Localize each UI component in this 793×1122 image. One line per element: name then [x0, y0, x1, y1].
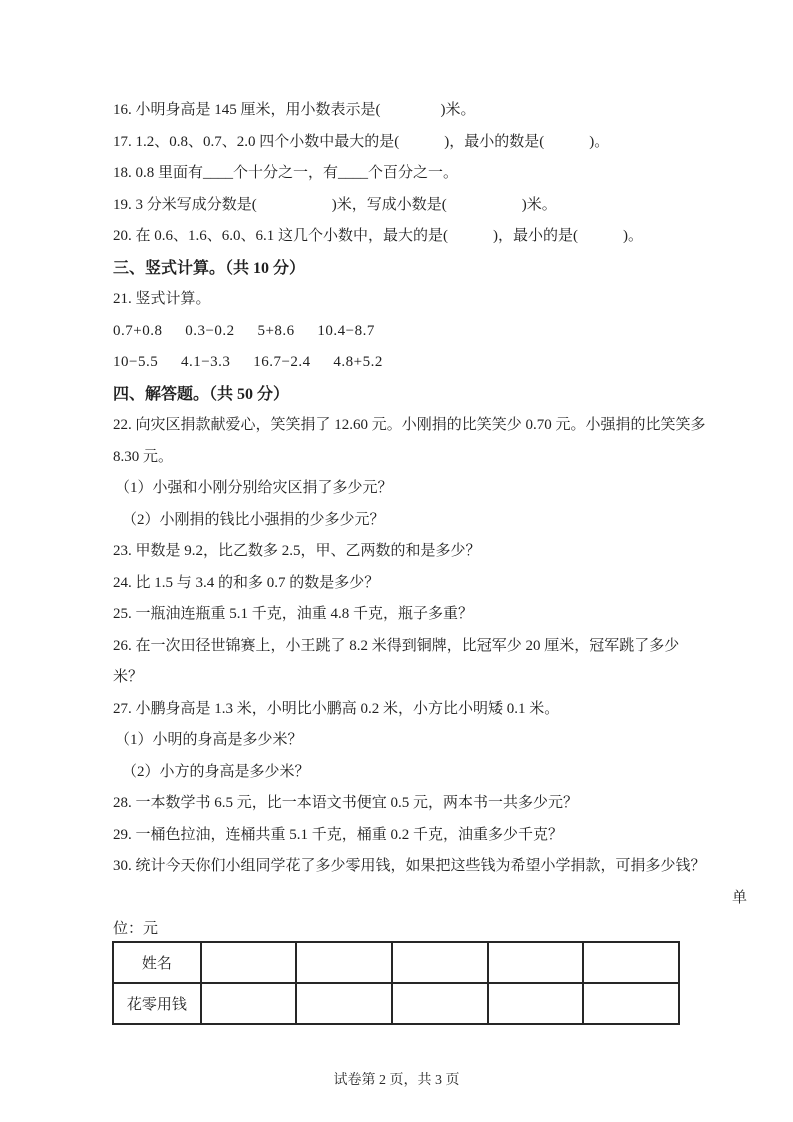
- pocket-money-table: 姓名 花零用钱: [112, 941, 680, 1025]
- empty-cell: [488, 942, 584, 983]
- question-23: 23. 甲数是 9.2，比乙数多 2.5，甲、乙两数的和是多少？: [113, 536, 680, 568]
- calc-expression: 4.8+5.2: [333, 347, 382, 379]
- question-29: 29. 一桶色拉油，连桶共重 5.1 千克，桶重 0.2 千克，油重多少千克？: [113, 820, 680, 852]
- question-27: 27. 小鹏身高是 1.3 米，小明比小鹏高 0.2 米，小方比小明矮 0.1 …: [113, 694, 680, 726]
- row-header-pocket-money: 花零用钱: [113, 983, 201, 1024]
- section-4-heading: 四、解答题。（共 50 分）: [113, 379, 680, 411]
- question-24: 24. 比 1.5 与 3.4 的和多 0.7 的数是多少？: [113, 568, 680, 600]
- empty-cell: [583, 983, 679, 1024]
- calc-expression: 4.1−3.3: [181, 347, 230, 379]
- question-22-line1: 22. 向灾区捐款献爱心，笑笑捐了 12.60 元。小刚捐的比笑笑少 0.70 …: [113, 410, 680, 442]
- question-18: 18. 0.8 里面有____个十分之一，有____个百分之一。: [113, 158, 680, 190]
- table-row-money: 花零用钱: [113, 983, 679, 1024]
- section-3-heading: 三、竖式计算。（共 10 分）: [113, 253, 680, 285]
- empty-cell: [392, 983, 488, 1024]
- empty-cell: [296, 983, 392, 1024]
- question-30: 30. 统计今天你们小组同学花了多少零用钱，如果把这些钱为希望小学捐款，可捐多少…: [113, 851, 680, 883]
- test-paper-page: 16. 小明身高是 145 厘米，用小数表示是( )米。 17. 1.2、0.8…: [0, 0, 793, 1122]
- page-footer: 试卷第 2 页，共 3 页: [0, 1065, 793, 1097]
- question-20: 20. 在 0.6、1.6、6.0、6.1 这几个小数中，最大的是( )，最小的…: [113, 221, 680, 253]
- question-27-sub2: （2）小方的身高是多少米？: [113, 757, 680, 789]
- question-26-line1: 26. 在一次田径世锦赛上，小王跳了 8.2 米得到铜牌，比冠军少 20 厘米，…: [113, 631, 680, 663]
- row-header-name: 姓名: [113, 942, 201, 983]
- empty-cell: [392, 942, 488, 983]
- page-content: 16. 小明身高是 145 厘米，用小数表示是( )米。 17. 1.2、0.8…: [113, 95, 680, 1025]
- empty-cell: [201, 942, 297, 983]
- question-26-line2: 米？: [113, 662, 680, 694]
- question-28: 28. 一本数学书 6.5 元，比一本语文书便宜 0.5 元，两本书一共多少元？: [113, 788, 680, 820]
- calc-row-1: 0.7+0.8 0.3−0.2 5+8.6 10.4−8.7: [113, 316, 680, 348]
- unit-label-wrapped-char: 单: [113, 883, 747, 915]
- question-19: 19. 3 分米写成分数是( )米，写成小数是( )米。: [113, 190, 680, 222]
- question-27-sub1: （1）小明的身高是多少米？: [113, 725, 680, 757]
- question-17: 17. 1.2、0.8、0.7、2.0 四个小数中最大的是( )，最小的数是( …: [113, 127, 680, 159]
- question-16: 16. 小明身高是 145 厘米，用小数表示是( )米。: [113, 95, 680, 127]
- empty-cell: [583, 942, 679, 983]
- question-21: 21. 竖式计算。: [113, 284, 680, 316]
- empty-cell: [296, 942, 392, 983]
- question-22-sub2: （2）小刚捐的钱比小强捐的少多少元？: [113, 505, 680, 537]
- empty-cell: [488, 983, 584, 1024]
- calc-expression: 5+8.6: [257, 316, 294, 348]
- question-22-sub1: （1）小强和小刚分别给灾区捐了多少元？: [113, 473, 680, 505]
- calc-expression: 10.4−8.7: [317, 316, 374, 348]
- calc-row-2: 10−5.5 4.1−3.3 16.7−2.4 4.8+5.2: [113, 347, 680, 379]
- empty-cell: [201, 983, 297, 1024]
- calc-expression: 0.3−0.2: [185, 316, 234, 348]
- calc-expression: 0.7+0.8: [113, 316, 162, 348]
- question-22-line2: 8.30 元。: [113, 442, 680, 474]
- calc-expression: 16.7−2.4: [253, 347, 310, 379]
- calc-expression: 10−5.5: [113, 347, 158, 379]
- question-25: 25. 一瓶油连瓶重 5.1 千克，油重 4.8 千克，瓶子多重？: [113, 599, 680, 631]
- table-row-names: 姓名: [113, 942, 679, 983]
